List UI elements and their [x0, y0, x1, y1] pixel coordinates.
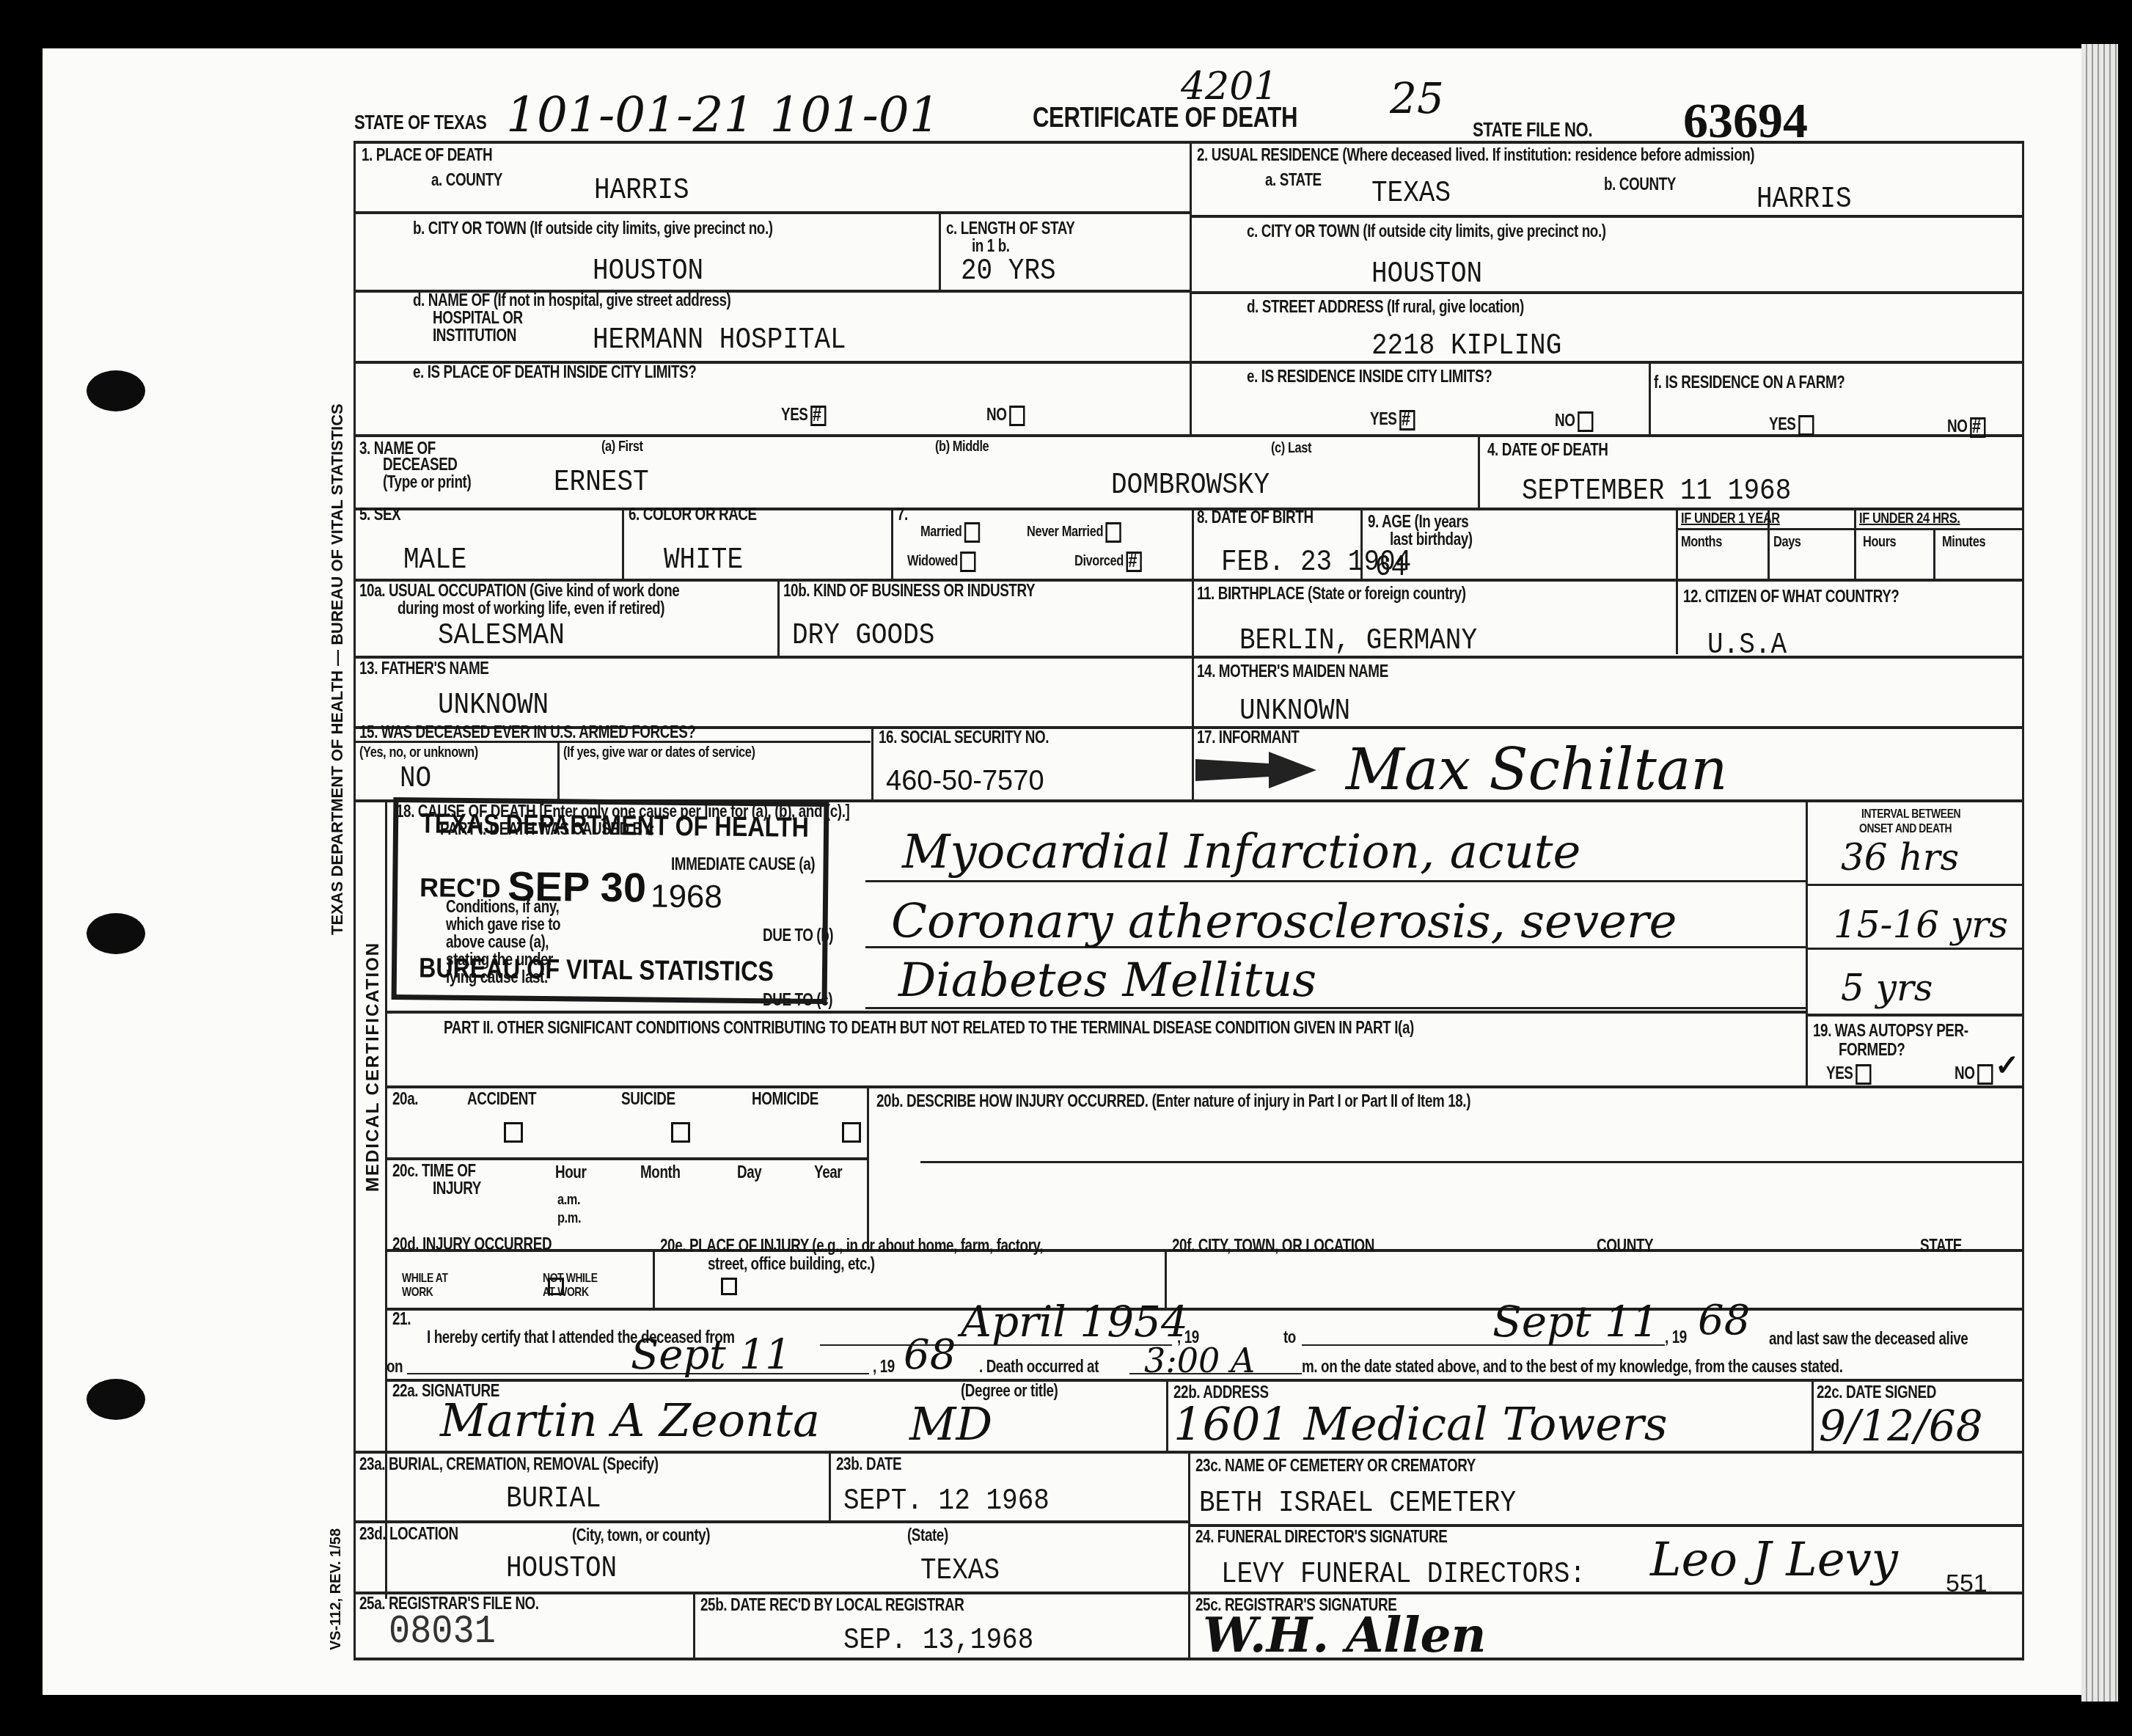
rule: [693, 1592, 695, 1658]
last-seen-year: 68: [904, 1331, 956, 1379]
death-time: 3:00 A: [1144, 1341, 1255, 1380]
interval-label: INTERVAL BETWEEN: [1861, 807, 1960, 821]
middle-name-label: (b) Middle: [935, 439, 989, 455]
inside-limits-yes[interactable]: YES: [781, 405, 826, 426]
label-20a: 20a.: [392, 1089, 418, 1109]
widowed-option[interactable]: Widowed: [907, 552, 976, 572]
hospital-label-3: INSTITUTION: [433, 326, 516, 345]
stay-label: c. LENGTH OF STAY: [946, 219, 1074, 238]
funeral-director-number: 551: [1946, 1570, 1988, 1598]
county-label: a. COUNTY: [431, 170, 502, 190]
handwritten-number: 25: [1390, 73, 1444, 123]
rule: [622, 508, 624, 579]
state-file-label: STATE FILE NO.: [1473, 119, 1592, 142]
burial-city-value: HOUSTON: [506, 1553, 617, 1586]
am-label: a.m.: [557, 1192, 580, 1209]
city-label: b. CITY OR TOWN (If outside city limits,…: [413, 219, 773, 238]
time-of-injury-label-2: INJURY: [433, 1179, 481, 1198]
registrar-signature: W.H. Allen: [1203, 1606, 1486, 1663]
dod-value: SEPTEMBER 11 1968: [1522, 475, 1791, 508]
stay-sublabel: in 1 b.: [972, 236, 1010, 256]
rule: [865, 880, 1806, 882]
pm-label: p.m.: [557, 1210, 581, 1227]
rule: [653, 1249, 655, 1308]
location-city-sub: (City, town, or county): [572, 1526, 710, 1545]
rule: [920, 1161, 2022, 1163]
res-state-label: a. STATE: [1265, 170, 1322, 190]
stay-value: 20 YRS: [961, 255, 1056, 288]
time-of-injury-label: 20c. TIME OF: [392, 1161, 476, 1181]
armed-sub-1: (Yes, no, or unknown): [359, 744, 478, 761]
inside-limits-no[interactable]: NO: [986, 405, 1025, 426]
death-city-value: HOUSTON: [593, 255, 703, 288]
cause-c-handwritten: Diabetes Mellitus: [898, 953, 1316, 1008]
rule: [891, 508, 893, 579]
inside-limits-label: e. IS PLACE OF DEATH INSIDE CITY LIMITS?: [413, 362, 696, 382]
injury-state-label: STATE: [1920, 1236, 1962, 1256]
res-city-label: c. CITY OR TOWN (If outside city limits,…: [1247, 221, 1606, 241]
cert-line1-post: and last saw the deceased alive: [1769, 1329, 1968, 1349]
res-street-value: 2218 KIPLING: [1371, 330, 1561, 363]
suicide-checkbox[interactable]: [671, 1122, 690, 1143]
days-label: Days: [1773, 534, 1801, 551]
res-state-value: TEXAS: [1371, 177, 1451, 210]
checkbox[interactable]: [1798, 415, 1814, 436]
under-24-hrs-label: IF UNDER 24 HRS.: [1859, 510, 1960, 527]
res-inside-no[interactable]: NO: [1555, 411, 1593, 432]
cemetery-value: BETH ISRAEL CEMETERY: [1199, 1487, 1516, 1520]
rule: [385, 1157, 867, 1160]
occupation-label: 10a. USUAL OCCUPATION (Give kind of work…: [359, 581, 679, 601]
rule: [1806, 884, 2022, 886]
minutes-label: Minutes: [1942, 534, 1985, 551]
armed-sub-2: (If yes, give war or dates of service): [563, 744, 755, 761]
rule: [353, 141, 2022, 144]
not-while-at-work: NOT WHILE: [543, 1271, 598, 1286]
location-state-sub: (State): [907, 1526, 948, 1545]
rule: [1478, 434, 1480, 508]
punch-hole: [87, 913, 145, 954]
informant-label: 17. INFORMANT: [1197, 728, 1299, 747]
attended-to-year: 68: [1698, 1297, 1750, 1344]
funeral-director-label: 24. FUNERAL DIRECTOR'S SIGNATURE: [1195, 1527, 1447, 1547]
residence-label: 2. USUAL RESIDENCE (Where deceased lived…: [1197, 145, 1754, 165]
married-option[interactable]: Married: [920, 522, 980, 543]
rule: [385, 1308, 2022, 1311]
first-name-label: (a) First: [601, 439, 642, 455]
registrar-file-value: 08031: [389, 1610, 496, 1655]
rule: [1854, 508, 1856, 579]
death-county-value: HARRIS: [594, 175, 689, 208]
mother-label: 14. MOTHER'S MAIDEN NAME: [1197, 662, 1388, 681]
occupation-value: SALESMAN: [438, 620, 565, 653]
sex-value: MALE: [403, 544, 466, 577]
never-married-option[interactable]: Never Married: [1027, 522, 1121, 543]
res-farm-yes[interactable]: YES: [1769, 414, 1814, 436]
citizen-value: U.S.A: [1707, 629, 1787, 662]
res-inside-limits-label: e. IS RESIDENCE INSIDE CITY LIMITS?: [1247, 367, 1492, 387]
dod-label: 4. DATE OF DEATH: [1487, 440, 1608, 460]
place-of-injury-label: 20e. PLACE OF INJURY (e.g., in or about …: [660, 1236, 1043, 1256]
checkmark-icon: ✓: [1995, 1049, 2020, 1083]
hospital-label: d. NAME OF (If not in hospital, give str…: [413, 290, 730, 310]
checkbox[interactable]: [1856, 1064, 1871, 1085]
interval-a: 36 hrs: [1841, 836, 1959, 879]
checkbox[interactable]: [964, 522, 980, 543]
burial-date-label: 23b. DATE: [836, 1454, 901, 1474]
cause-a-handwritten: Myocardial Infarction, acute: [902, 825, 1580, 879]
physician-address: 1601 Medical Towers: [1173, 1397, 1668, 1451]
rule: [867, 1085, 869, 1249]
burial-date-value: SEPT. 12 1968: [843, 1485, 1049, 1518]
rule: [829, 1451, 831, 1520]
checkbox[interactable]: [1009, 406, 1025, 426]
rule: [1676, 528, 2022, 530]
autopsy-label: 19. WAS AUTOPSY PER-: [1813, 1021, 1968, 1041]
hours-label: Hours: [1863, 534, 1896, 551]
death-occurred-label: . Death occurred at: [979, 1357, 1099, 1377]
handwritten-above-title: 4201: [1181, 65, 1278, 109]
arrow-icon: [1195, 752, 1316, 785]
race-label: 6. COLOR OR RACE: [629, 505, 757, 524]
res-farm-no[interactable]: NO: [1947, 417, 1985, 438]
rule: [1933, 528, 1935, 579]
homicide-checkbox[interactable]: [842, 1122, 861, 1143]
rule: [1188, 1451, 1190, 1658]
checkbox-checked[interactable]: [1126, 552, 1141, 572]
year-label: Year: [814, 1162, 842, 1182]
funeral-director-value: LEVY FUNERAL DIRECTORS:: [1221, 1559, 1586, 1592]
side-dept-text: TEXAS DEPARTMENT OF HEALTH — BUREAU OF V…: [328, 403, 347, 935]
rule: [1806, 799, 1808, 1085]
rule: [1192, 508, 1194, 801]
last-name-value: DOMBROWSKY: [1111, 469, 1270, 502]
rule: [557, 741, 560, 799]
father-value: UNKNOWN: [438, 689, 549, 722]
registrar-date-value: SEP. 13,1968: [843, 1625, 1033, 1658]
name-label-2: DECEASED: [383, 455, 458, 475]
hospital-value: HERMANN HOSPITAL: [593, 324, 846, 357]
rule: [1190, 291, 2022, 294]
while-at-work-2: WORK: [402, 1285, 433, 1300]
received-stamp: TEXAS DEPARTMENT OF HEALTH REC'D SEP 30 …: [392, 797, 829, 1004]
age-label-2: last birthday): [1390, 530, 1473, 549]
rule: [385, 799, 387, 1599]
interval-b: 15-16 yrs: [1834, 904, 2008, 946]
rule: [1190, 215, 2022, 218]
place-of-death-label: 1. PLACE OF DEATH: [362, 145, 492, 165]
suicide-label: SUICIDE: [621, 1089, 675, 1109]
checkbox-checked[interactable]: [1970, 417, 1985, 438]
rule: [2022, 141, 2024, 1658]
date-signed-value: 9/12/68: [1819, 1401, 1983, 1451]
rule: [353, 141, 356, 1658]
cemetery-label: 23c. NAME OF CEMETERY OR CREMATORY: [1195, 1456, 1476, 1476]
rule: [871, 726, 873, 799]
attended-from: April 1954: [961, 1297, 1188, 1347]
checkbox-checked[interactable]: [1399, 410, 1415, 431]
last-seen-date: Sept 11: [631, 1331, 791, 1379]
rule: [939, 211, 941, 290]
checkbox-checked[interactable]: [810, 406, 826, 426]
rule: [1190, 141, 1192, 434]
divorced-option[interactable]: Divorced: [1074, 552, 1142, 572]
sex-label: 5. SEX: [359, 505, 400, 524]
accident-label: ACCIDENT: [467, 1089, 536, 1109]
autopsy-label-2: FORMED?: [1839, 1040, 1905, 1060]
dob-label: 8. DATE OF BIRTH: [1197, 508, 1314, 527]
checkbox[interactable]: [960, 552, 975, 572]
part2-label: PART II. OTHER SIGNIFICANT CONDITIONS CO…: [444, 1018, 1414, 1038]
nineteen-2: , 19: [1665, 1327, 1687, 1347]
marital-label: 7.: [897, 505, 908, 524]
handwritten-codes: 101-01-21 101-01: [506, 87, 940, 143]
res-county-value: HARRIS: [1756, 183, 1852, 216]
autopsy-no[interactable]: NO: [1955, 1063, 1993, 1085]
checkbox-checked[interactable]: [1977, 1064, 1993, 1085]
cause-b-handwritten: Coronary atherosclerosis, severe: [891, 895, 1677, 949]
nineteen-3: , 19: [873, 1357, 895, 1377]
rule: [1806, 948, 2022, 950]
autopsy-yes[interactable]: YES: [1826, 1063, 1871, 1085]
injury-description-label: 20b. DESCRIBE HOW INJURY OCCURRED. (Ente…: [876, 1091, 1470, 1111]
father-label: 13. FATHER'S NAME: [359, 659, 488, 678]
punch-hole: [87, 370, 145, 411]
res-farm-label: f. IS RESIDENCE ON A FARM?: [1654, 373, 1845, 392]
injury-city-label: 20f. CITY, TOWN, OR LOCATION: [1172, 1236, 1374, 1256]
armed-forces-value: NO: [400, 763, 431, 796]
hospital-label-2: HOSPITAL OR: [433, 308, 523, 328]
cert-number: 21.: [392, 1309, 411, 1329]
injury-occurred-label: 20d. INJURY OCCURRED: [392, 1234, 552, 1254]
rule: [1649, 361, 1651, 434]
checkbox[interactable]: [1105, 522, 1121, 543]
disposition-value: BURIAL: [506, 1483, 601, 1516]
armed-forces-label: 15. WAS DECEASED EVER IN U.S. ARMED FORC…: [359, 722, 695, 742]
accident-checkbox[interactable]: [504, 1122, 523, 1143]
homicide-label: HOMICIDE: [752, 1089, 818, 1109]
stamp-year: 1968: [651, 879, 722, 916]
interval-c: 5 yrs: [1841, 967, 1933, 1009]
rule: [385, 1085, 2022, 1088]
rule: [1806, 1014, 2022, 1017]
form-revision: VS-112, REV. 1/58: [328, 1528, 345, 1650]
name-label-3: (Type or print): [383, 472, 471, 492]
to-label: to: [1283, 1327, 1296, 1347]
age-value: 64: [1375, 552, 1407, 585]
informant-signature: Max Schiltan: [1346, 737, 1727, 803]
stamp-date: SEP 30: [508, 862, 647, 912]
interval-label-2: ONSET AND DEATH: [1859, 821, 1952, 836]
rule: [1812, 1379, 1814, 1452]
stamp-line1: TEXAS DEPARTMENT OF HEALTH: [420, 808, 809, 844]
res-street-label: d. STREET ADDRESS (If rural, give locati…: [1247, 297, 1524, 317]
res-inside-yes[interactable]: YES: [1370, 409, 1415, 431]
burial-state-value: TEXAS: [920, 1555, 1000, 1588]
while-at-work: WHILE AT: [402, 1271, 448, 1286]
stacked-pages-edge: [2081, 44, 2118, 1702]
registrar-date-label: 25b. DATE REC'D BY LOCAL REGISTRAR: [700, 1595, 964, 1615]
rule: [385, 1011, 1806, 1014]
res-city-value: HOUSTON: [1371, 258, 1482, 291]
degree-value: MD: [909, 1397, 992, 1451]
ssn-label: 16. SOCIAL SECURITY NO.: [879, 728, 1049, 747]
birthplace-label: 11. BIRTHPLACE (State or foreign country…: [1197, 584, 1466, 604]
business-label: 10b. KIND OF BUSINESS OR INDUSTRY: [783, 581, 1035, 601]
rule: [353, 211, 1190, 214]
funeral-director-signature: Leo J Levy: [1650, 1533, 1898, 1587]
rule: [777, 579, 780, 656]
ssn-value: 460-50-7570: [886, 766, 1044, 797]
state-label: STATE OF TEXAS: [354, 111, 486, 134]
month-label: Month: [640, 1162, 681, 1182]
citizen-label: 12. CITIZEN OF WHAT COUNTRY?: [1683, 587, 1899, 607]
not-while-at-work-checkbox[interactable]: [721, 1278, 737, 1295]
stamp-line3: BUREAU OF VITAL STATISTICS: [419, 953, 774, 988]
last-name-label: (c) Last: [1271, 440, 1311, 457]
months-label: Months: [1681, 534, 1722, 551]
rule: [353, 1520, 1188, 1523]
rule: [353, 1658, 2024, 1660]
location-label: 23d. LOCATION: [359, 1524, 458, 1544]
stamp-recd: REC'D: [420, 872, 501, 904]
physician-signature: Martin A Zeonta: [440, 1393, 820, 1447]
mother-value: UNKNOWN: [1239, 695, 1350, 728]
on-label: on: [387, 1357, 403, 1377]
rule: [353, 1592, 2022, 1594]
under-1-year-label: IF UNDER 1 YEAR: [1681, 510, 1780, 527]
occupation-label-2: during most of working life, even if ret…: [398, 598, 664, 618]
hour-label: Hour: [555, 1162, 586, 1182]
business-value: DRY GOODS: [792, 620, 934, 653]
date-signed-label: 22c. DATE SIGNED: [1817, 1382, 1936, 1402]
rule: [1166, 1379, 1168, 1452]
race-value: WHITE: [664, 544, 743, 577]
injury-county-label: COUNTY: [1597, 1236, 1653, 1256]
res-county-label: b. COUNTY: [1604, 175, 1676, 194]
checkbox[interactable]: [1578, 411, 1593, 432]
day-label: Day: [737, 1162, 761, 1182]
birthplace-value: BERLIN, GERMANY: [1239, 625, 1477, 658]
age-label: 9. AGE (In years: [1368, 512, 1468, 532]
not-while-at-work-2: AT WORK: [543, 1285, 589, 1300]
disposition-label: 23a. BURIAL, CREMATION, REMOVAL (Specify…: [359, 1454, 659, 1474]
attended-to: Sept 11: [1492, 1297, 1659, 1347]
medical-certification-label: MEDICAL CERTIFICATION: [363, 942, 384, 1192]
cert-line2-post: m. on the date stated above, and to the …: [1302, 1357, 1843, 1377]
first-name-value: ERNEST: [554, 466, 649, 499]
place-of-injury-label-2: street, office building, etc.): [708, 1254, 875, 1274]
punch-hole: [87, 1379, 145, 1420]
